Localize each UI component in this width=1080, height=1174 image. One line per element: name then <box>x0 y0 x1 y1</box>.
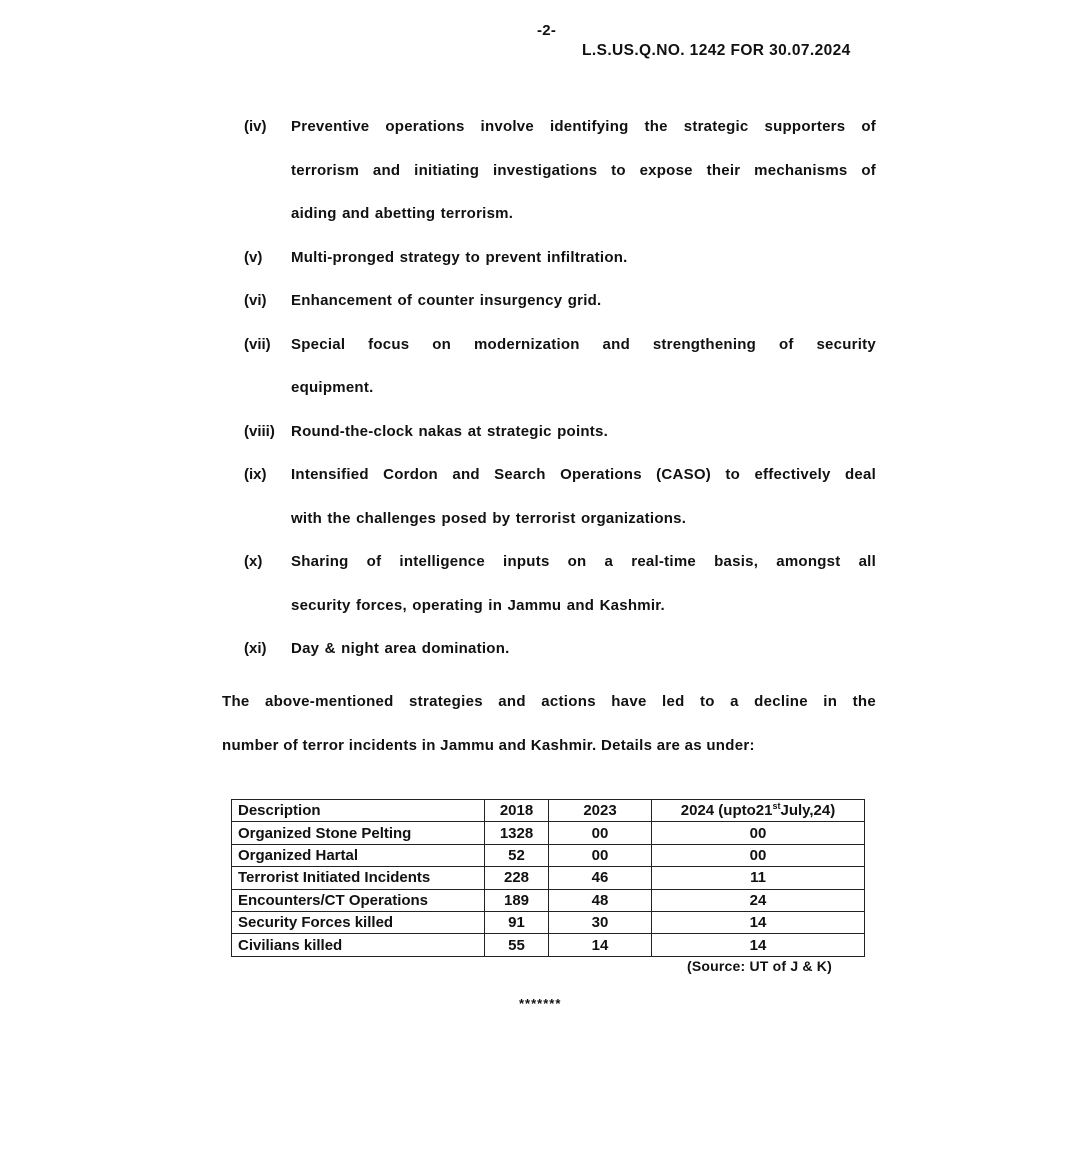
cell-2024: 11 <box>652 867 865 889</box>
list-item-line: equipment. <box>291 366 876 410</box>
incidents-table: Description 2018 2023 2024 (upto21stJuly… <box>231 799 865 957</box>
column-header-2023: 2023 <box>549 800 652 822</box>
column-header-2024: 2024 (upto21stJuly,24) <box>652 800 865 822</box>
table-row: Organized Hartal520000 <box>232 844 865 866</box>
cell-2024: 14 <box>652 934 865 956</box>
list-item-text: Preventive operations involve identifyin… <box>291 105 876 236</box>
list-item-line: Day & night area domination. <box>291 627 876 671</box>
list-item-number: (iv) <box>244 105 291 149</box>
cell-2018: 189 <box>485 889 549 911</box>
cell-2023: 00 <box>549 822 652 844</box>
list-item-number: (vii) <box>244 323 291 367</box>
strategy-list: (iv) Preventive operations involve ident… <box>244 105 876 671</box>
list-item: (viii) Round-the-clock nakas at strategi… <box>244 410 876 454</box>
list-item-line: aiding and abetting terrorism. <box>291 192 876 236</box>
table-row: Security Forces killed913014 <box>232 911 865 933</box>
incidents-table-container: Description 2018 2023 2024 (upto21stJuly… <box>231 799 865 957</box>
list-item-number: (x) <box>244 540 291 584</box>
page-number: -2- <box>537 22 556 39</box>
list-item: (x) Sharing of intelligence inputs on a … <box>244 540 876 627</box>
row-description: Encounters/CT Operations <box>232 889 485 911</box>
list-item-line: Multi-pronged strategy to prevent infilt… <box>291 236 876 280</box>
source-note: (Source: UT of J & K) <box>687 958 832 974</box>
row-description: Terrorist Initiated Incidents <box>232 867 485 889</box>
cell-2023: 46 <box>549 867 652 889</box>
table-body: Organized Stone Pelting13280000Organized… <box>232 822 865 956</box>
table-row: Encounters/CT Operations1894824 <box>232 889 865 911</box>
summary-paragraph: The above-mentioned strategies and actio… <box>222 680 876 768</box>
list-item: (vi) Enhancement of counter insurgency g… <box>244 279 876 323</box>
cell-2024: 14 <box>652 911 865 933</box>
cell-2023: 48 <box>549 889 652 911</box>
list-item-line: Enhancement of counter insurgency grid. <box>291 279 876 323</box>
cell-2018: 91 <box>485 911 549 933</box>
row-description: Organized Hartal <box>232 844 485 866</box>
cell-2023: 30 <box>549 911 652 933</box>
list-item-text: Special focus on modernization and stren… <box>291 323 876 410</box>
list-item-line: with the challenges posed by terrorist o… <box>291 497 876 541</box>
column-header-2018: 2018 <box>485 800 549 822</box>
end-of-document-mark: ******* <box>519 996 561 1011</box>
list-item-number: (v) <box>244 236 291 280</box>
list-item-number: (viii) <box>244 410 291 454</box>
summary-line: The above-mentioned strategies and actio… <box>222 680 876 724</box>
cell-2018: 228 <box>485 867 549 889</box>
list-item-text: Intensified Cordon and Search Operations… <box>291 453 876 540</box>
table-row: Civilians killed551414 <box>232 934 865 956</box>
cell-2018: 55 <box>485 934 549 956</box>
cell-2024: 24 <box>652 889 865 911</box>
summary-line: number of terror incidents in Jammu and … <box>222 724 876 768</box>
column-header-2024-suffix: July,24) <box>780 802 835 819</box>
cell-2023: 14 <box>549 934 652 956</box>
list-item-line: security forces, operating in Jammu and … <box>291 584 876 628</box>
cell-2024: 00 <box>652 822 865 844</box>
column-header-description: Description <box>232 800 485 822</box>
list-item: (vii) Special focus on modernization and… <box>244 323 876 410</box>
list-item-line: Preventive operations involve identifyin… <box>291 105 876 149</box>
list-item-line: Sharing of intelligence inputs on a real… <box>291 540 876 584</box>
column-header-2024-prefix: 2024 (upto21 <box>681 802 773 819</box>
list-item-line: Intensified Cordon and Search Operations… <box>291 453 876 497</box>
table-row: Organized Stone Pelting13280000 <box>232 822 865 844</box>
list-item-line: terrorism and initiating investigations … <box>291 149 876 193</box>
cell-2018: 52 <box>485 844 549 866</box>
list-item: (v) Multi-pronged strategy to prevent in… <box>244 236 876 280</box>
list-item: (iv) Preventive operations involve ident… <box>244 105 876 236</box>
list-item-number: (ix) <box>244 453 291 497</box>
cell-2018: 1328 <box>485 822 549 844</box>
cell-2023: 00 <box>549 844 652 866</box>
list-item-line: Round-the-clock nakas at strategic point… <box>291 410 876 454</box>
list-item-text: Sharing of intelligence inputs on a real… <box>291 540 876 627</box>
row-description: Civilians killed <box>232 934 485 956</box>
row-description: Security Forces killed <box>232 911 485 933</box>
list-item: (xi) Day & night area domination. <box>244 627 876 671</box>
list-item-number: (vi) <box>244 279 291 323</box>
table-row: Terrorist Initiated Incidents2284611 <box>232 867 865 889</box>
cell-2024: 00 <box>652 844 865 866</box>
list-item: (ix) Intensified Cordon and Search Opera… <box>244 453 876 540</box>
list-item-line: Special focus on modernization and stren… <box>291 323 876 367</box>
row-description: Organized Stone Pelting <box>232 822 485 844</box>
table-header-row: Description 2018 2023 2024 (upto21stJuly… <box>232 800 865 822</box>
question-reference: L.S.US.Q.NO. 1242 FOR 30.07.2024 <box>582 42 851 60</box>
list-item-number: (xi) <box>244 627 291 671</box>
